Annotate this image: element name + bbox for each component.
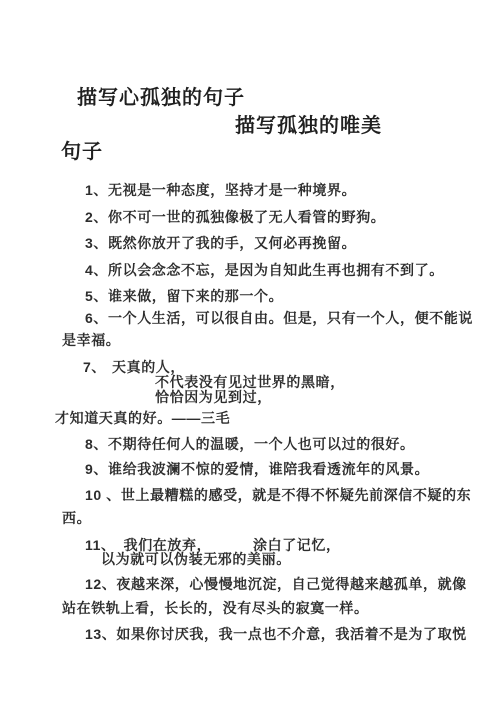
list-item-10-line-2: 西。	[62, 508, 91, 528]
page-title-line-2: 描写孤独的唯美	[235, 109, 382, 138]
list-item-2: 2、你不可一世的孤独像极了无人看管的野狗。	[85, 207, 385, 227]
list-item-9: 9、谁给我波澜不惊的爱情，谁陪我看透流年的风景。	[85, 459, 429, 479]
item-13-number: 13、	[85, 624, 116, 644]
item-1-text: 无视是一种态度，坚持才是一种境界。	[108, 182, 356, 198]
item-12-number: 12、	[85, 574, 116, 594]
item-5-number: 5、	[85, 286, 108, 306]
list-item-3: 3、既然你放开了我的手，又何必再挽留。	[85, 233, 356, 253]
list-item-7-line-3: 恰恰因为见到过，	[155, 387, 272, 407]
page-title-line-1: 描写心孤独的句子	[77, 81, 245, 110]
item-10-number: 10 、	[85, 485, 121, 505]
list-item-13: 13、如果你讨厌我，我一点也不介意，我活着不是为了取悦	[85, 624, 467, 644]
page-title-line-3: 句子	[61, 135, 103, 164]
item-6-text-line-1: 一个人生活，可以很自由。但是，只有一个人，便不能说	[108, 310, 473, 326]
list-item-8: 8、不期待任何人的温暖，一个人也可以过的很好。	[85, 434, 415, 454]
item-1-number: 1、	[85, 180, 108, 200]
item-6-number: 6、	[85, 308, 108, 328]
item-4-number: 4、	[85, 260, 108, 280]
list-item-12-line-1: 12、夜越来深，心慢慢地沉淀，自己觉得越来越孤单，就像	[85, 574, 467, 594]
item-8-number: 8、	[85, 434, 108, 454]
list-item-10-line-1: 10 、世上最糟糕的感受，就是不得不怀疑先前深信不疑的东	[85, 485, 471, 505]
item-2-number: 2、	[85, 207, 108, 227]
item-7-number: 7、	[83, 357, 106, 377]
list-item-6-line-1: 6、一个人生活，可以很自由。但是，只有一个人，便不能说	[85, 308, 473, 328]
item-9-number: 9、	[85, 459, 108, 479]
list-item-11-line-2: 以为就可以伪装无邪的美丽。	[101, 549, 291, 569]
list-item-1: 1、无视是一种态度，坚持才是一种境界。	[85, 180, 356, 200]
item-3-text: 既然你放开了我的手，又何必再挽留。	[108, 235, 356, 251]
item-2-text: 你不可一世的孤独像极了无人看管的野狗。	[108, 209, 385, 225]
item-9-text: 谁给我波澜不惊的爱情，谁陪我看透流年的风景。	[108, 461, 429, 477]
item-4-text: 所以会念念不忘，是因为自知此生再也拥有不到了。	[108, 262, 444, 278]
item-12-text-line-1: 夜越来深，心慢慢地沉淀，自己觉得越来越孤单，就像	[116, 576, 466, 592]
list-item-4: 4、所以会念念不忘，是因为自知此生再也拥有不到了。	[85, 260, 444, 280]
list-item-12-line-2: 站在铁轨上看，长长的，没有尽头的寂寞一样。	[62, 598, 369, 618]
list-item-7-line-4: 才知道天真的好。——三毛	[55, 408, 230, 428]
item-8-text: 不期待任何人的温暖，一个人也可以过的很好。	[108, 436, 415, 452]
list-item-5: 5、谁来做，留下来的那一个。	[85, 286, 283, 306]
item-10-text-line-1: 世上最糟糕的感受，就是不得不怀疑先前深信不疑的东	[121, 487, 471, 503]
item-3-number: 3、	[85, 233, 108, 253]
item-13-text: 如果你讨厌我，我一点也不介意，我活着不是为了取悦	[116, 626, 466, 642]
list-item-6-line-2: 是幸福。	[62, 330, 120, 350]
document-page: 描写心孤独的句子 描写孤独的唯美 句子 1、无视是一种态度，坚持才是一种境界。 …	[0, 0, 500, 708]
item-5-text: 谁来做，留下来的那一个。	[108, 288, 283, 304]
